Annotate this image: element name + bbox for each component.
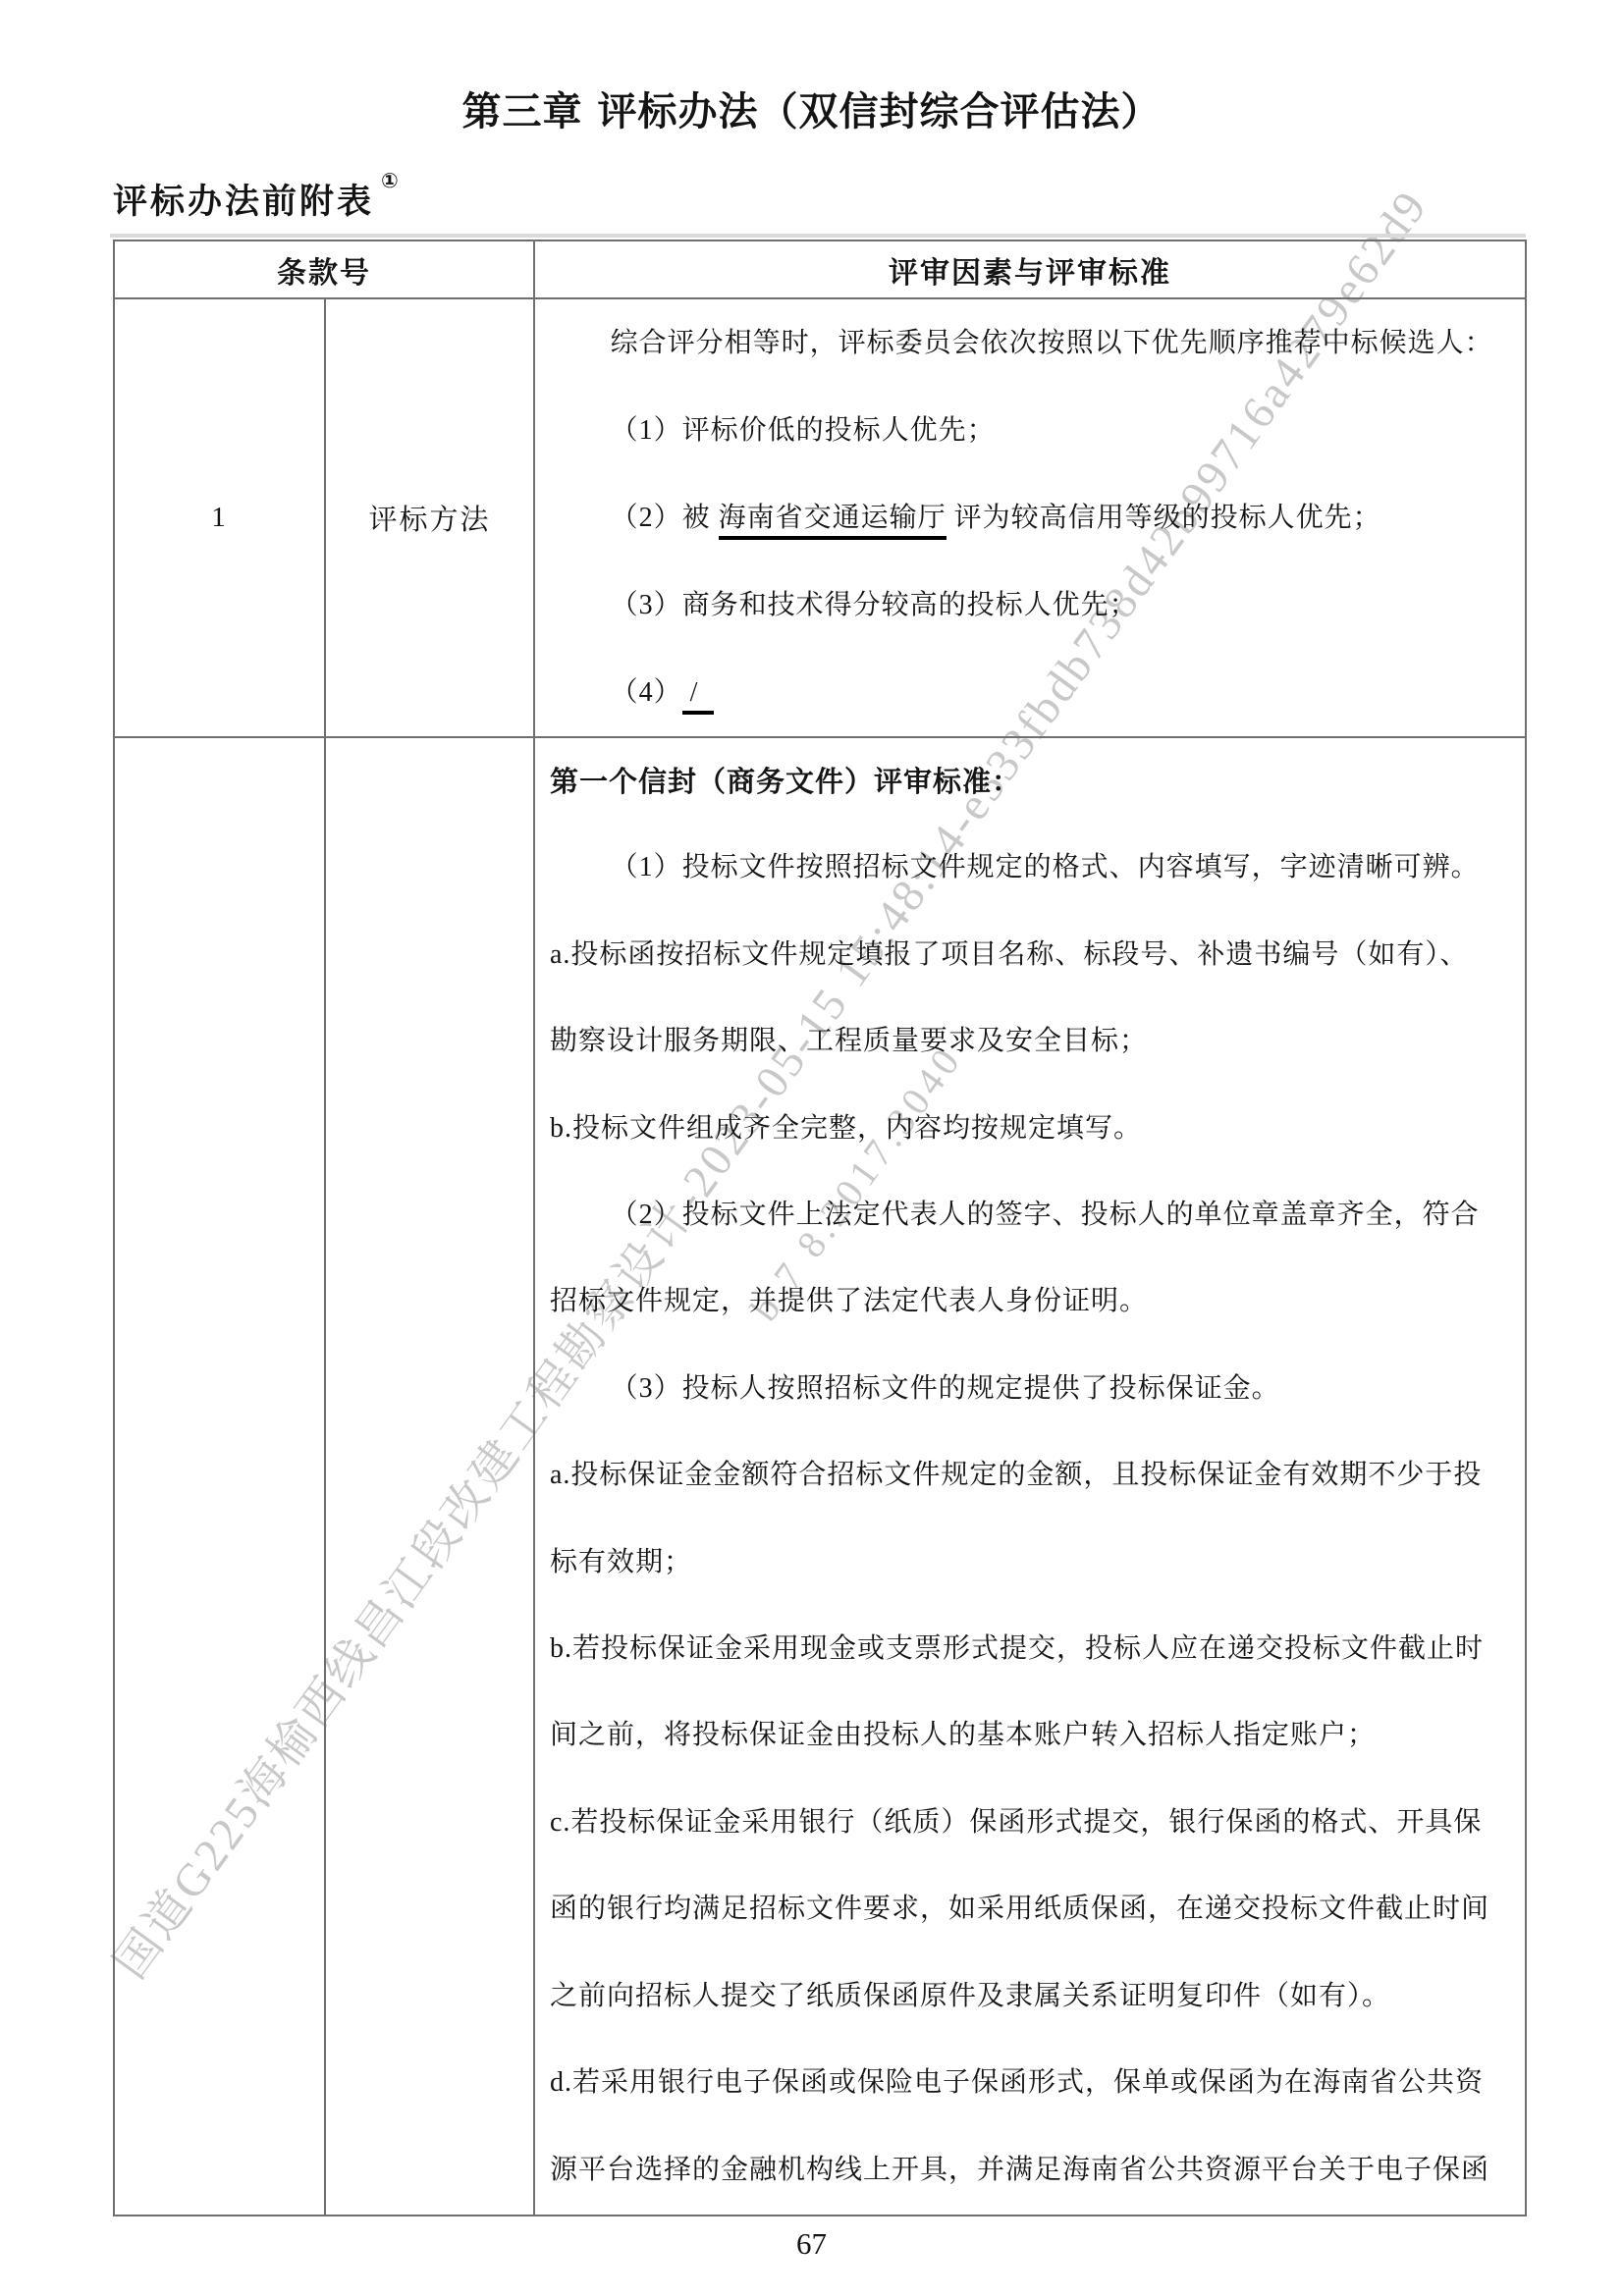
criteria-text-block: 第一个信封（商务文件）评审标准：（1）投标文件按照招标文件规定的格式、内容填写，… bbox=[535, 738, 1525, 2214]
criteria-text-block: 综合评分相等时，评标委员会依次按照以下优先顺序推荐中标候选人：（1）评标价低的投… bbox=[535, 299, 1525, 736]
text-segment: 招标文件规定，并提供了法定代表人身份证明。 bbox=[550, 1286, 1148, 1316]
table-text-line: b.投标文件组成齐全完整，内容均按规定填写。 bbox=[550, 1086, 1510, 1172]
table-text-line: （2）被 海南省交通运输厅 评为较高信用等级的投标人优先； bbox=[550, 474, 1510, 561]
col-header-criteria: 评审因素与评审标准 bbox=[534, 240, 1526, 298]
text-segment: c.若投标保证金采用银行（纸质）保函形式提交，银行保函的格式、开具保 bbox=[550, 1807, 1482, 1838]
table-text-line: 勘察设计服务期限、工程质量要求及安全目标； bbox=[550, 998, 1510, 1085]
pre-table-heading-text: 评标办法前附表 bbox=[113, 183, 374, 222]
table-text-line: a.投标保证金金额符合招标文件规定的金额，且投标保证金有效期不少于投 bbox=[550, 1432, 1510, 1519]
text-segment: d.若采用银行电子保函或保险电子保函形式，保单或保函为在海南省公共资 bbox=[550, 2067, 1484, 2098]
criteria-cell-row2: 第一个信封（商务文件）评审标准：（1）投标文件按照招标文件规定的格式、内容填写，… bbox=[534, 737, 1526, 2216]
table-text-line: （3）商务和技术得分较高的投标人优先； bbox=[550, 561, 1510, 649]
table-header-row: 条款号 评审因素与评审标准 bbox=[114, 240, 1526, 298]
table-text-line: 间之前，将投标保证金由投标人的基本账户转入招标人指定账户； bbox=[550, 1692, 1510, 1779]
table-text-line: 之前向招标人提交了纸质保函原件及隶属关系证明复印件（如有）。 bbox=[550, 1953, 1510, 2040]
table-text-line: （1）投标文件按照招标文件规定的格式、内容填写，字迹清晰可辨。 bbox=[550, 825, 1510, 911]
text-segment: （3）商务和技术得分较高的投标人优先； bbox=[611, 590, 1138, 620]
table-text-line: 源平台选择的金融机构线上开具，并满足海南省公共资源平台关于电子保函 bbox=[550, 2127, 1510, 2214]
text-segment: 勘察设计服务期限、工程质量要求及安全目标； bbox=[550, 1026, 1148, 1056]
clause-name-cell-empty bbox=[325, 737, 534, 2216]
text-segment: 评为较高信用等级的投标人优先； bbox=[947, 503, 1381, 533]
table-top-shadow bbox=[110, 234, 1526, 238]
table-text-line: （2）投标文件上法定代表人的签字、投标人的单位章盖章齐全，符合 bbox=[550, 1172, 1510, 1258]
text-segment: 标有效期； bbox=[550, 1547, 692, 1577]
pre-table-heading: 评标办法前附表① bbox=[113, 175, 399, 224]
clause-number-cell-empty bbox=[114, 737, 325, 2216]
text-segment: 源平台选择的金融机构线上开具，并满足海南省公共资源平台关于电子保函 bbox=[550, 2155, 1489, 2185]
col-header-clause-number: 条款号 bbox=[114, 240, 534, 298]
text-segment: a.投标保证金金额符合招标文件规定的金额，且投标保证金有效期不少于投 bbox=[550, 1460, 1482, 1490]
evaluation-criteria-table: 条款号 评审因素与评审标准 1 评标方法 综合评分相等时，评标委员会依次按照以下… bbox=[113, 240, 1527, 2216]
text-segment: 函的银行均满足招标文件要求，如采用纸质保函，在递交投标文件截止时间 bbox=[550, 1894, 1489, 1924]
text-segment: 综合评分相等时，评标委员会依次按照以下优先顺序推荐中标候选人： bbox=[611, 328, 1493, 358]
text-segment: 之前向招标人提交了纸质保函原件及隶属关系证明复印件（如有）。 bbox=[550, 1981, 1390, 2011]
underlined-text: 海南省交通运输厅 bbox=[719, 503, 947, 540]
criteria-cell-row1: 综合评分相等时，评标委员会依次按照以下优先顺序推荐中标候选人：（1）评标价低的投… bbox=[534, 298, 1526, 737]
document-page: 国道G225海榆西线昌江段改建工程勘察设计-2023-05-15 15:48:1… bbox=[0, 0, 1623, 2296]
table-text-line: （1）评标价低的投标人优先； bbox=[550, 387, 1510, 474]
clause-name-cell: 评标方法 bbox=[325, 298, 534, 737]
text-segment: 间之前，将投标保证金由投标人的基本账户转入招标人指定账户； bbox=[550, 1720, 1376, 1750]
table-text-line: 招标文件规定，并提供了法定代表人身份证明。 bbox=[550, 1258, 1510, 1345]
text-segment: （1）评标价低的投标人优先； bbox=[611, 415, 996, 446]
text-segment: a.投标函按招标文件规定填报了项目名称、标段号、补遗书编号（如有）、 bbox=[550, 939, 1468, 970]
table-text-line: 第一个信封（商务文件）评审标准： bbox=[550, 738, 1510, 825]
table-text-line: c.若投标保证金采用银行（纸质）保函形式提交，银行保函的格式、开具保 bbox=[550, 1780, 1510, 1866]
table-text-line: 标有效期； bbox=[550, 1520, 1510, 1606]
table-text-line: （4） / bbox=[550, 649, 1510, 736]
clause-number-cell: 1 bbox=[114, 298, 325, 737]
chapter-title: 第三章 评标办法（双信封综合评估法） bbox=[0, 80, 1623, 136]
table-text-line: b.若投标保证金采用现金或支票形式提交，投标人应在递交投标文件截止时 bbox=[550, 1606, 1510, 1692]
text-segment: （1）投标文件按照招标文件规定的格式、内容填写，字迹清晰可辨。 bbox=[611, 852, 1480, 882]
table-text-line: d.若采用银行电子保函或保险电子保函形式，保单或保函为在海南省公共资 bbox=[550, 2040, 1510, 2126]
table-text-line: 综合评分相等时，评标委员会依次按照以下优先顺序推荐中标候选人： bbox=[550, 299, 1510, 387]
footnote-marker: ① bbox=[381, 169, 399, 192]
table-text-line: 函的银行均满足招标文件要求，如采用纸质保函，在递交投标文件截止时间 bbox=[550, 1866, 1510, 1952]
page-number: 67 bbox=[0, 2226, 1623, 2262]
table-text-line: a.投标函按招标文件规定填报了项目名称、标段号、补遗书编号（如有）、 bbox=[550, 912, 1510, 998]
table-row-1: 1 评标方法 综合评分相等时，评标委员会依次按照以下优先顺序推荐中标候选人：（1… bbox=[114, 298, 1526, 737]
text-segment: （3）投标人按照招标文件的规定提供了投标保证金。 bbox=[611, 1373, 1280, 1404]
text-segment: （2）被 bbox=[611, 503, 719, 533]
text-segment: （4） bbox=[611, 677, 682, 708]
table-text-line: （3）投标人按照招标文件的规定提供了投标保证金。 bbox=[550, 1346, 1510, 1432]
text-segment: （2）投标文件上法定代表人的签字、投标人的单位章盖章齐全，符合 bbox=[611, 1200, 1480, 1230]
text-segment: b.若投标保证金采用现金或支票形式提交，投标人应在递交投标文件截止时 bbox=[550, 1633, 1484, 1664]
text-segment: b.投标文件组成齐全完整，内容均按规定填写。 bbox=[550, 1113, 1142, 1144]
underlined-text: / bbox=[682, 677, 715, 715]
text-segment: 第一个信封（商务文件）评审标准： bbox=[550, 765, 1021, 798]
table-row-2: 第一个信封（商务文件）评审标准：（1）投标文件按照招标文件规定的格式、内容填写，… bbox=[114, 737, 1526, 2216]
